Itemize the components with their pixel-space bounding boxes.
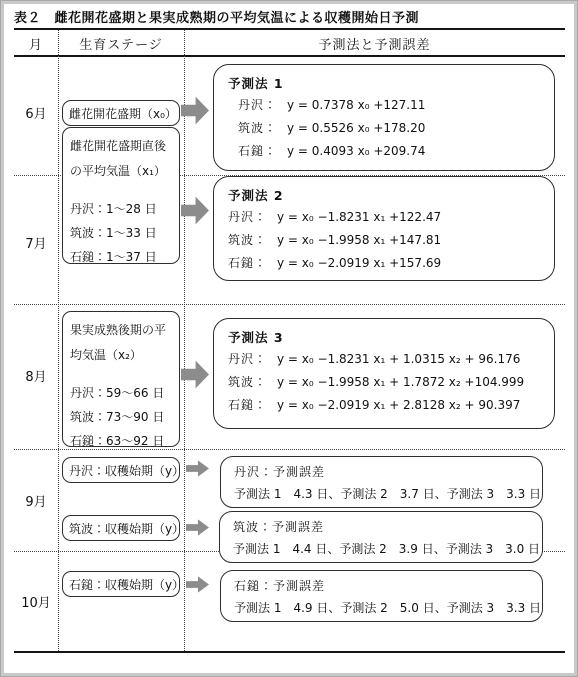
right-arrow-icon <box>186 519 209 536</box>
stage-box-bloom-label: 雌花開花盛期（x₀） <box>69 105 177 122</box>
temp-x2-tanzawa-range: 丹沢：59～66 日 <box>70 381 172 405</box>
temp-x2-ishizuchi-range: 石鎚：63～92 日 <box>70 429 172 453</box>
temp-x2-line2: 均気温（x₂） <box>70 343 172 368</box>
equation-row: 丹沢： y = x₀ −1.8231 x₁ + 1.0315 x₂ + 96.1… <box>228 348 540 371</box>
stage-box-harvest-tanzawa: 丹沢：収穫始期（y） <box>62 457 180 483</box>
site-label: 丹沢： <box>228 348 267 371</box>
equation-row: 丹沢： y = 0.7378 x₀ +127.11 <box>228 94 540 117</box>
harvest-ishizuchi-label: 石鎚：収穫始期（y） <box>69 576 184 593</box>
right-arrow-icon <box>181 96 209 125</box>
header-divider <box>14 55 565 57</box>
column-header-month: 月 <box>14 34 58 53</box>
equation-text: y = x₀ −1.8231 x₁ +122.47 <box>277 206 441 229</box>
equation-row: 石鎚： y = x₀ −2.0919 x₁ +157.69 <box>228 252 540 275</box>
method-3-title: 予測法 3 <box>228 327 540 348</box>
right-arrow-icon <box>181 360 209 389</box>
column-divider-month <box>58 30 59 651</box>
temp-x1-ishizuchi-range: 石鎚：1～37 日 <box>70 245 172 269</box>
error-values: 予測法 1 4.9 日、予測法 2 5.0 日、予測法 3 3.3 日 <box>234 597 529 619</box>
error-title: 筑波：予測誤差 <box>233 517 529 538</box>
month-label-october: 10月 <box>14 592 58 611</box>
equation-row: 石鎚： y = 0.4093 x₀ +209.74 <box>228 140 540 163</box>
equation-text: y = x₀ −1.9958 x₁ +147.81 <box>277 229 441 252</box>
method-1-title: 予測法 1 <box>228 73 540 94</box>
right-arrow-icon <box>181 196 209 225</box>
equation-text: y = x₀ −2.0919 x₁ + 2.8128 x₂ + 90.397 <box>277 394 520 417</box>
site-label: 筑波： <box>238 117 277 140</box>
temp-x1-tsukuba-range: 筑波：1～33 日 <box>70 221 172 245</box>
temp-x1-line2: の平均気温（x₁） <box>70 159 172 184</box>
error-values: 予測法 1 4.3 日、予測法 2 3.7 日、予測法 3 3.3 日 <box>234 483 529 505</box>
month-label-september: 9月 <box>14 491 58 510</box>
error-title: 石鎚：予測誤差 <box>234 576 529 597</box>
month-label-june: 6月 <box>14 103 58 122</box>
stage-box-harvest-ishizuchi: 石鎚：収穫始期（y） <box>62 571 180 597</box>
site-label: 丹沢： <box>238 94 277 117</box>
equation-row: 石鎚： y = x₀ −2.0919 x₁ + 2.8128 x₂ + 90.3… <box>228 394 540 417</box>
method-box-1: 予測法 1 丹沢： y = 0.7378 x₀ +127.11 筑波： y = … <box>213 64 555 171</box>
harvest-tsukuba-label: 筑波：収穫始期（y） <box>69 520 184 537</box>
temp-x2-line1: 果実成熟後期の平 <box>70 318 172 343</box>
equation-text: y = 0.5526 x₀ +178.20 <box>287 117 425 140</box>
stage-box-bloom: 雌花開花盛期（x₀） <box>62 100 180 126</box>
right-arrow-icon <box>186 460 209 477</box>
table-border-top <box>14 28 565 30</box>
stage-box-temp-x1: 雌花開花盛期直後 の平均気温（x₁） 丹沢：1～28 日 筑波：1～33 日 石… <box>62 127 180 264</box>
temp-x1-line1: 雌花開花盛期直後 <box>70 134 172 159</box>
equation-text: y = x₀ −1.8231 x₁ + 1.0315 x₂ + 96.176 <box>277 348 520 371</box>
table-title: 表２ 雌花開花盛期と果実成熟期の平均気温による収穫開始日予測 <box>14 7 564 26</box>
error-values: 予測法 1 4.4 日、予測法 2 3.9 日、予測法 3 3.0 日 <box>233 538 529 560</box>
stage-box-temp-x2: 果実成熟後期の平 均気温（x₂） 丹沢：59～66 日 筑波：73～90 日 石… <box>62 311 180 447</box>
site-label: 筑波： <box>228 371 267 394</box>
equation-row: 丹沢： y = x₀ −1.8231 x₁ +122.47 <box>228 206 540 229</box>
equation-text: y = 0.7378 x₀ +127.11 <box>287 94 425 117</box>
harvest-tanzawa-label: 丹沢：収穫始期（y） <box>69 462 184 479</box>
error-box-ishizuchi: 石鎚：予測誤差 予測法 1 4.9 日、予測法 2 5.0 日、予測法 3 3.… <box>220 570 543 622</box>
error-box-tanzawa: 丹沢：予測誤差 予測法 1 4.3 日、予測法 2 3.7 日、予測法 3 3.… <box>220 456 543 508</box>
month-label-july: 7月 <box>14 233 58 252</box>
error-title: 丹沢：予測誤差 <box>234 462 529 483</box>
site-label: 石鎚： <box>228 252 267 275</box>
table-border-bottom <box>14 651 565 653</box>
table-2-figure: 表２ 雌花開花盛期と果実成熟期の平均気温による収穫開始日予測 月 生育ステージ … <box>0 0 578 677</box>
site-label: 石鎚： <box>228 394 267 417</box>
right-arrow-icon <box>186 576 209 593</box>
method-box-2: 予測法 2 丹沢： y = x₀ −1.8231 x₁ +122.47 筑波： … <box>213 176 555 281</box>
spacer <box>70 368 172 381</box>
stage-box-harvest-tsukuba: 筑波：収穫始期（y） <box>62 515 180 541</box>
site-label: 丹沢： <box>228 206 267 229</box>
equation-row: 筑波： y = 0.5526 x₀ +178.20 <box>228 117 540 140</box>
error-box-tsukuba: 筑波：予測誤差 予測法 1 4.4 日、予測法 2 3.9 日、予測法 3 3.… <box>219 511 543 563</box>
temp-x1-tanzawa-range: 丹沢：1～28 日 <box>70 197 172 221</box>
month-label-august: 8月 <box>14 366 58 385</box>
method-box-3: 予測法 3 丹沢： y = x₀ −1.8231 x₁ + 1.0315 x₂ … <box>213 318 555 429</box>
site-label: 筑波： <box>228 229 267 252</box>
equation-text: y = 0.4093 x₀ +209.74 <box>287 140 425 163</box>
column-header-methods: 予測法と予測誤差 <box>184 34 565 53</box>
site-label: 石鎚： <box>238 140 277 163</box>
spacer <box>70 184 172 197</box>
equation-row: 筑波： y = x₀ −1.9958 x₁ + 1.7872 x₂ +104.9… <box>228 371 540 394</box>
equation-row: 筑波： y = x₀ −1.9958 x₁ +147.81 <box>228 229 540 252</box>
temp-x2-tsukuba-range: 筑波：73～90 日 <box>70 405 172 429</box>
equation-text: y = x₀ −1.9958 x₁ + 1.7872 x₂ +104.999 <box>277 371 524 394</box>
column-divider-stage <box>184 30 185 651</box>
row-divider-july-august <box>14 304 565 305</box>
column-header-stage: 生育ステージ <box>58 34 184 53</box>
equation-text: y = x₀ −2.0919 x₁ +157.69 <box>277 252 441 275</box>
method-2-title: 予測法 2 <box>228 185 540 206</box>
